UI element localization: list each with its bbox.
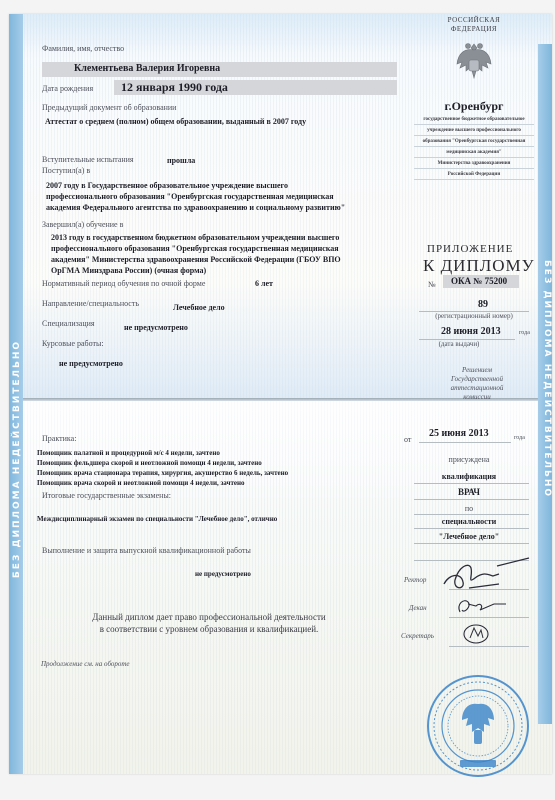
entered-label: Поступил(а) в xyxy=(42,166,90,175)
diploma-number: ОКА № 75200 xyxy=(451,276,507,286)
award-date-line xyxy=(419,442,511,443)
finished-text: 2013 году в государственном бюджетном об… xyxy=(51,232,341,276)
vertical-warning-left: БЕЗ ДИПЛОМА НЕДЕЙСТВИТЕЛЬНО xyxy=(12,314,22,604)
practice-label: Практика: xyxy=(42,434,76,443)
right-security-stripe: БЕЗ ДИПЛОМА НЕДЕЙСТВИТЕЛЬНО xyxy=(538,44,552,724)
issue-date: 28 июня 2013 xyxy=(441,326,501,337)
dean-signature-icon xyxy=(454,594,514,616)
qualification: ВРАЧ xyxy=(414,487,524,497)
rights-text: Данный диплом дает право профессионально… xyxy=(49,611,369,635)
reg-number: 89 xyxy=(478,299,488,310)
dean-label: Декан xyxy=(409,604,427,612)
practice-item: Помощник врача скорой и неотложной помощ… xyxy=(37,478,288,488)
reg-number-caption: (регистрационный номер) xyxy=(419,312,529,320)
final-exams-label: Итоговые государственные экзамены: xyxy=(42,491,171,500)
secretary-label: Секретарь xyxy=(401,632,434,640)
country-line1: РОССИЙСКАЯ xyxy=(414,16,534,25)
city: г.Оренбург xyxy=(414,99,534,114)
thesis-value: не предусмотрено xyxy=(195,570,251,578)
issue-date-caption: (дата выдачи) xyxy=(419,340,499,348)
student-name: Клементьева Валерия Игоревна xyxy=(74,63,220,74)
institution-line: государственное бюджетное образовательно… xyxy=(414,114,534,125)
country-line2: ФЕДЕРАЦИЯ xyxy=(414,25,534,34)
continued-note: Продолжение см. на обороте xyxy=(41,660,130,668)
direction-value: Лечебное дело xyxy=(173,303,225,312)
period-value: 6 лет xyxy=(255,279,273,288)
exams-entry-value: прошла xyxy=(167,156,195,165)
specialization-label: Специализация xyxy=(42,319,95,328)
left-security-stripe: БЕЗ ДИПЛОМА НЕДЕЙСТВИТЕЛЬНО xyxy=(9,14,23,774)
award-line xyxy=(414,543,529,544)
by-text: по xyxy=(414,504,524,513)
qualification-label: квалификация xyxy=(414,472,524,481)
official-seal-icon xyxy=(424,672,532,780)
prev-doc-label: Предыдущий документ об образовании xyxy=(42,103,176,112)
award-from-prefix: от xyxy=(404,435,411,444)
award-line xyxy=(414,483,529,484)
rector-line xyxy=(449,589,529,590)
specialization-value: не предусмотрено xyxy=(124,323,188,332)
exams-entry-label: Вступительные испытания xyxy=(42,155,134,164)
vertical-warning-right: БЕЗ ДИПЛОМА НЕДЕЙСТВИТЕЛЬНО xyxy=(542,234,552,524)
finished-label: Завершил(а) обучение в xyxy=(42,220,123,229)
specialty: "Лечебное дело" xyxy=(414,532,524,541)
birth-date: 12 января 1990 года xyxy=(121,80,228,95)
award-date: 25 июня 2013 xyxy=(429,428,489,439)
institution-line: учреждение высшего профессионального xyxy=(414,125,534,136)
thesis-label: Выполнение и защита выпускной квалификац… xyxy=(42,546,251,555)
award-year-suffix: года xyxy=(514,435,525,441)
dean-line xyxy=(449,617,529,618)
secretary-signature-icon xyxy=(461,622,491,646)
institution-line: Министерства здравоохранения xyxy=(414,158,534,169)
award-line xyxy=(414,499,529,500)
practice-item: Помощник врача стационара терапия, хирур… xyxy=(37,468,288,478)
final-exam-item: Междисциплинарный экзамен по специальнос… xyxy=(37,515,277,523)
number-prefix: № xyxy=(428,280,436,289)
birth-label: Дата рождения xyxy=(42,84,93,93)
rector-label: Ректор xyxy=(404,576,426,584)
awarded-text: присуждена xyxy=(414,455,524,464)
coursework-value: не предусмотрено xyxy=(59,359,123,368)
award-line xyxy=(414,514,529,515)
institution-line: образования "Оренбургская государственна… xyxy=(414,136,534,147)
institution-line: Российской Федерации xyxy=(414,169,534,180)
title-line2: К ДИПЛОМУ xyxy=(423,256,535,276)
commission-decision: Решением Государственной аттестационной … xyxy=(429,366,525,402)
prev-doc: Аттестат о среднем (полном) общем образо… xyxy=(45,117,306,126)
russian-coat-of-arms-icon xyxy=(454,38,494,84)
practice-item: Помощник фельдшера скорой и неотложной п… xyxy=(37,458,288,468)
period-label: Нормативный период обучения по очной фор… xyxy=(42,279,205,288)
direction-label: Направление/специальность xyxy=(42,299,139,308)
issue-year-suffix: года xyxy=(519,330,530,336)
diploma-supplement-sheet: БЕЗ ДИПЛОМА НЕДЕЙСТВИТЕЛЬНО БЕЗ ДИПЛОМА … xyxy=(9,14,552,774)
issuer-block: РОССИЙСКАЯ ФЕДЕРАЦИЯ г.Оренбург государс… xyxy=(414,14,534,180)
practice-list: Помощник палатной и процедурной м/с 4 не… xyxy=(37,448,288,488)
secretary-line xyxy=(449,646,529,647)
institution-line: медицинская академия" xyxy=(414,147,534,158)
award-line xyxy=(414,528,529,529)
rector-signature-icon xyxy=(439,554,534,594)
entered-text: 2007 году в Государственное образователь… xyxy=(46,180,345,213)
specialty-label: специальности xyxy=(414,517,524,526)
title-line1: ПРИЛОЖЕНИЕ xyxy=(427,243,513,255)
practice-item: Помощник палатной и процедурной м/с 4 не… xyxy=(37,448,288,458)
name-label: Фамилия, имя, отчество xyxy=(42,44,124,53)
coursework-label: Курсовые работы: xyxy=(42,339,104,348)
